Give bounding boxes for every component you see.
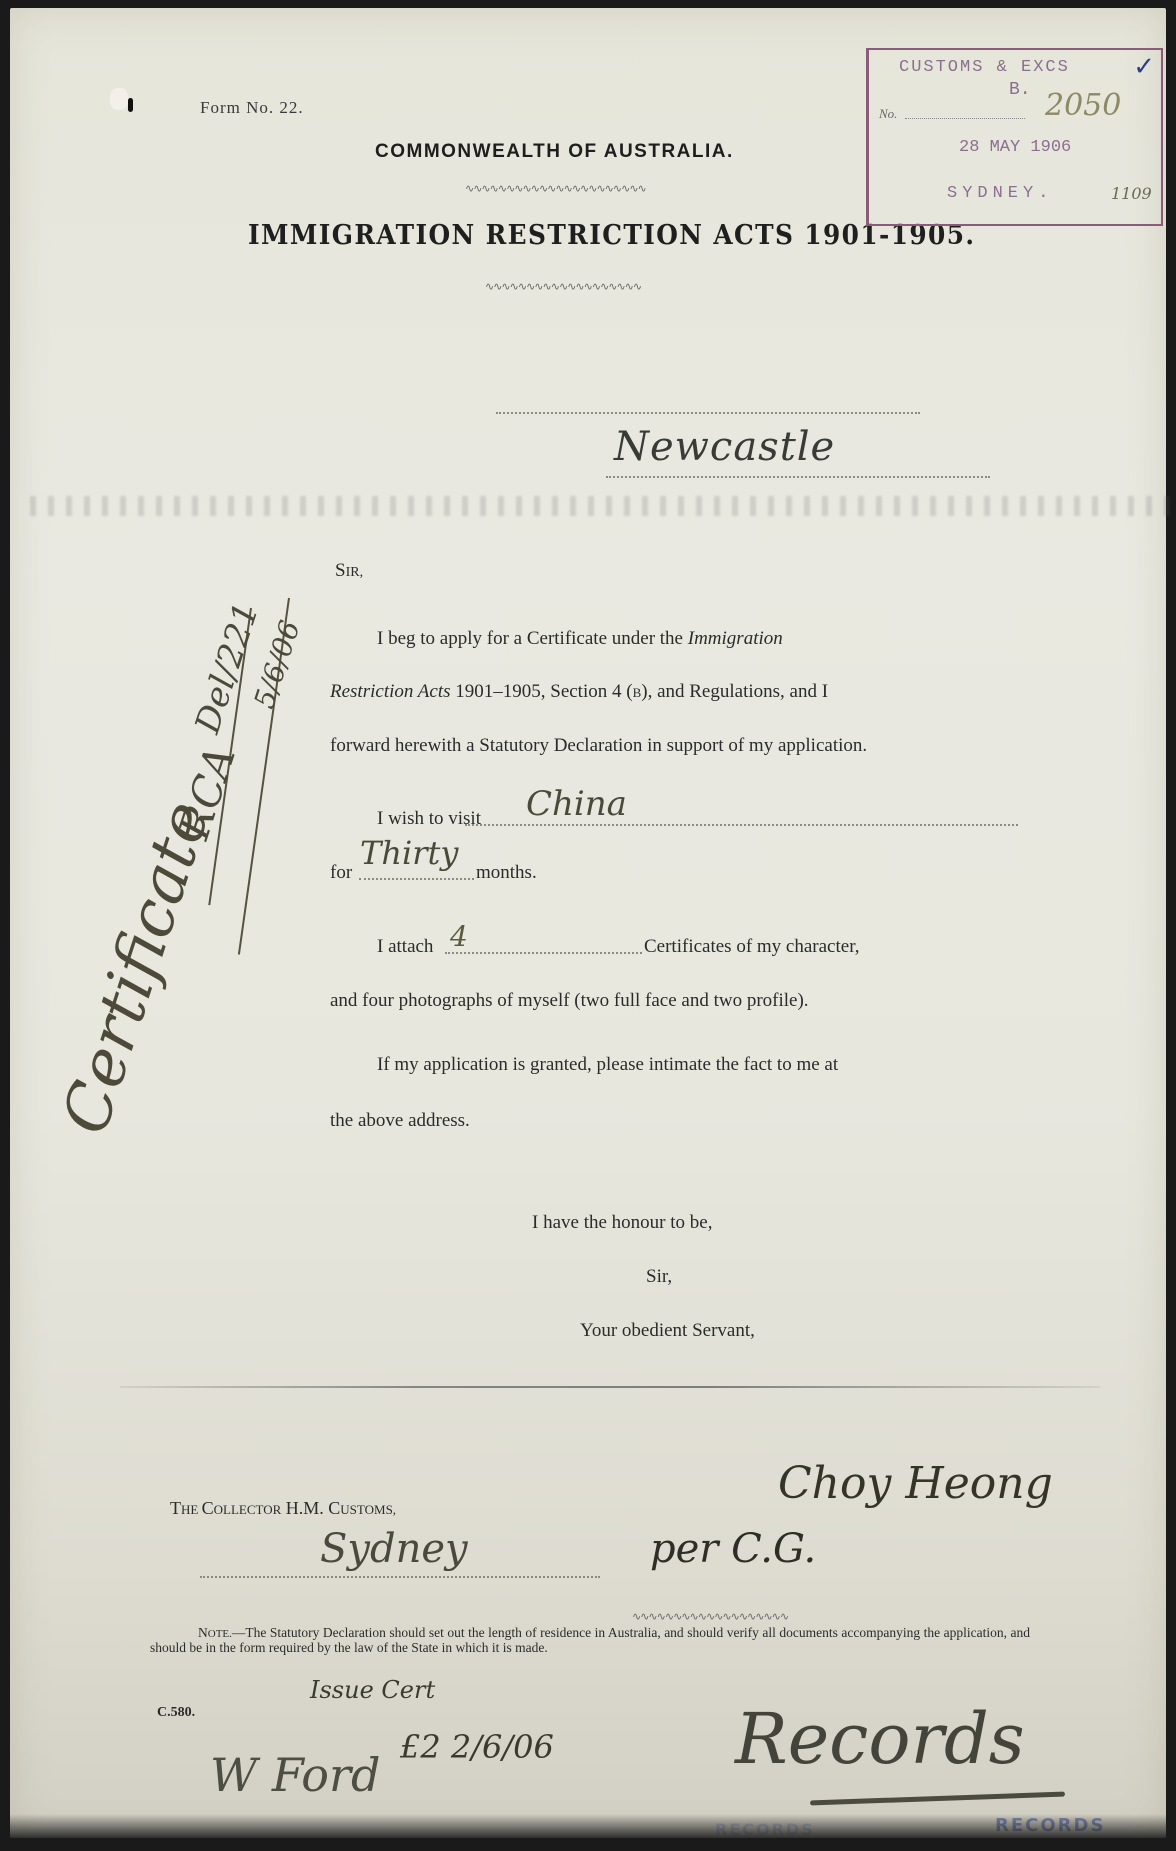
above-address-line: the above address.: [330, 1110, 470, 1132]
customs-received-stamp: CUSTOMS & EXCS ✓ B. No. 2050 28 MAY 1906…: [866, 48, 1163, 226]
stamp-suffix: 1109: [1111, 184, 1152, 203]
jurisdiction-heading: COMMONWEALTH OF AUSTRALIA.: [375, 141, 734, 163]
annotation-officer: W Ford: [210, 1748, 380, 1802]
punch-hole: [110, 88, 128, 110]
bleed-through-smudge: [30, 496, 1170, 516]
ornament-divider: ∿∿∿∿∿∿∿∿∿∿∿∿∿∿∿∿∿∿∿: [632, 1610, 788, 1623]
closing-servant: Your obedient Servant,: [580, 1320, 755, 1342]
stamp-city: SYDNEY.: [947, 184, 1053, 203]
stamp-number: 2050: [1045, 88, 1121, 123]
signature-per: per C.G.: [650, 1526, 816, 1572]
duration-value: Thirty: [360, 834, 458, 872]
form-code: C.580.: [157, 1705, 195, 1721]
attach-field-line: [445, 952, 642, 954]
stamp-no-label: No.: [879, 106, 897, 122]
footnote: NOTE.—The Statutory Declaration should s…: [150, 1626, 1030, 1655]
closing-sir: Sir,: [646, 1266, 672, 1288]
address-line-2: [606, 476, 990, 478]
ornament-divider: ∿∿∿∿∿∿∿∿∿∿∿∿∿∿∿∿∿∿∿: [485, 280, 641, 293]
granted-line: If my application is granted, please int…: [377, 1054, 838, 1076]
visit-field-line: [465, 824, 1018, 826]
stamp-series: B.: [1009, 80, 1031, 100]
stamp-no-dotted-line: [905, 118, 1025, 119]
applicant-signature: Choy Heong: [778, 1458, 1053, 1509]
paragraph-1-line-2: Restriction Acts 1901–1905, Section 4 (B…: [330, 681, 828, 703]
ornament-divider: ∿∿∿∿∿∿∿∿∿∿∿∿∿∿∿∿∿∿∿∿∿∿: [465, 182, 646, 195]
addressee-collector: THE COLLECTOR H.M. CUSTOMS,: [170, 1498, 396, 1519]
paragraph-1-line-1: I beg to apply for a Certificate under t…: [377, 628, 783, 650]
records-underline: [810, 1792, 1065, 1806]
check-mark-icon: ✓: [1133, 52, 1155, 82]
stamp-date: 28 MAY 1906: [959, 138, 1071, 157]
punch-hole-mark: [128, 98, 133, 112]
stamp-customs-label: CUSTOMS & EXCS: [899, 58, 1070, 77]
salutation: SIR,: [335, 560, 363, 582]
duration-label: for: [330, 862, 352, 884]
months-label: months.: [476, 862, 537, 884]
closing-honour: I have the honour to be,: [532, 1212, 712, 1234]
annotation-records: Records: [735, 1698, 1025, 1780]
annotation-fee-date: £2 2/6/06: [400, 1728, 554, 1766]
addressee-city-line: [200, 1576, 600, 1578]
attach-label: I attach: [377, 936, 433, 958]
photographs-line: and four photographs of myself (two full…: [330, 990, 809, 1012]
attach-count-value: 4: [450, 920, 468, 953]
paragraph-1-line-3: forward herewith a Statutory Declaration…: [330, 735, 867, 757]
addressee-city-handwritten: Sydney: [320, 1526, 468, 1572]
visit-destination-value: China: [526, 784, 627, 824]
handwritten-address: Newcastle: [614, 424, 835, 470]
duration-field-line: [359, 878, 474, 880]
annotation-issue-cert: Issue Cert: [310, 1676, 435, 1704]
document-page: Form No. 22. COMMONWEALTH OF AUSTRALIA. …: [10, 8, 1166, 1838]
fold-line: [120, 1386, 1100, 1388]
records-stamp: RECORDS: [995, 1815, 1105, 1836]
records-stamp-faint: RECORDS: [715, 1820, 815, 1839]
form-number: Form No. 22.: [200, 98, 304, 118]
certificates-label: Certificates of my character,: [644, 936, 860, 958]
visit-label: I wish to visit: [377, 808, 481, 830]
margin-annotation-certificate: Certificate: [48, 587, 291, 1142]
address-line-1: [496, 412, 920, 414]
